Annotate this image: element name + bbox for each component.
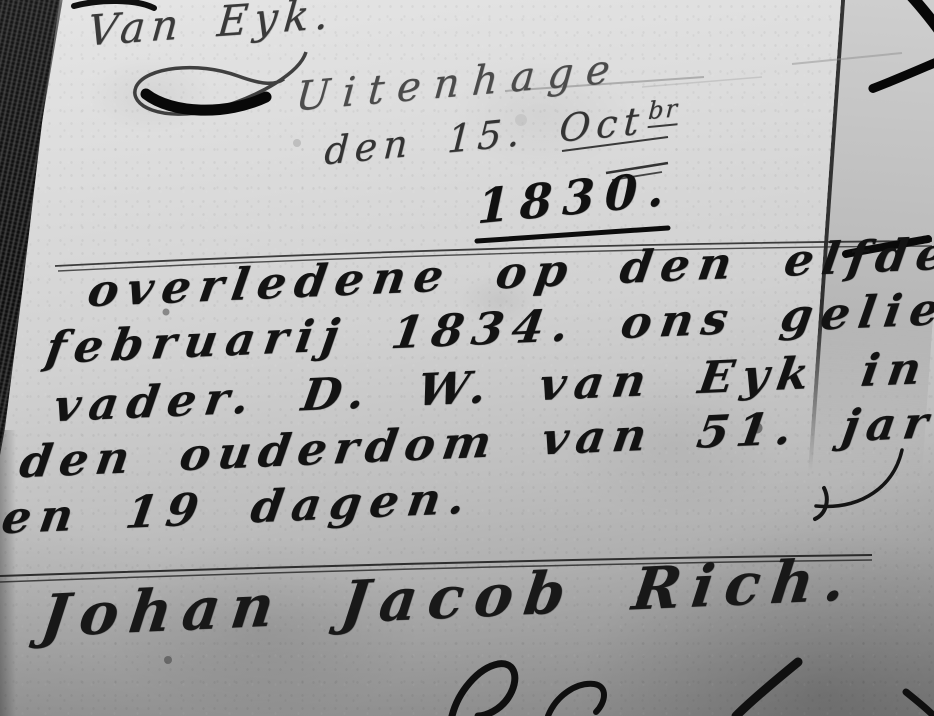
register-page-photo: Van Eyk. Uitenhage den 15. Octbr 1830. o… [0, 0, 934, 716]
entry-date-superscript: br [647, 94, 680, 128]
page-left-edge-shade [0, 430, 16, 716]
